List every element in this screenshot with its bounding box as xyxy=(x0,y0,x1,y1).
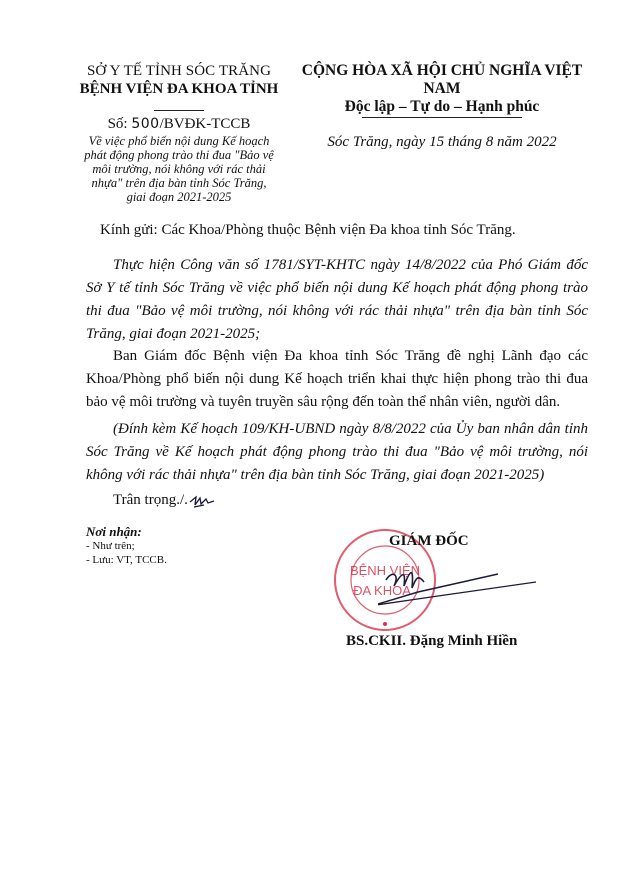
divider xyxy=(154,110,204,111)
agency-name: BỆNH VIỆN ĐA KHOA TỈNH xyxy=(60,80,298,98)
place-date: Sóc Trăng, ngày 15 tháng 8 năm 2022 xyxy=(282,134,602,151)
recipients-title: Nơi nhận: xyxy=(86,525,167,539)
handwritten-signature-icon xyxy=(378,552,538,612)
recipients-block: Nơi nhận: - Như trên; - Lưu: VT, TCCB. xyxy=(86,525,167,567)
document-subject: Về việc phổ biến nội dung Kế hoạch phát … xyxy=(60,134,298,204)
body-paragraph-3: (Đính kèm Kế hoạch 109/KH-UBND ngày 8/8/… xyxy=(86,418,588,487)
initials-scribble-icon xyxy=(188,494,216,508)
parent-agency: SỞ Y TẾ TỈNH SÓC TRĂNG xyxy=(60,62,298,80)
recipient-item: - Như trên; xyxy=(86,539,167,553)
document-number: Số: 500/BVĐK-TCCB xyxy=(60,115,298,133)
signer-name: BS.CKII. Đặng Minh Hiền xyxy=(346,633,517,650)
motto: Độc lập – Tự do – Hạnh phúc xyxy=(282,98,602,116)
national-header-block: CỘNG HÒA XÃ HỘI CHỦ NGHĨA VIỆT NAM Độc l… xyxy=(282,62,602,151)
recipient-item: - Lưu: VT, TCCB. xyxy=(86,553,167,567)
recipient-line: Kính gửi: Các Khoa/Phòng thuộc Bệnh viện… xyxy=(100,222,516,239)
handwritten-number: 500 xyxy=(131,116,159,132)
signer-position: GIÁM ĐỐC xyxy=(389,533,469,550)
national-title: CỘNG HÒA XÃ HỘI CHỦ NGHĨA VIỆT NAM xyxy=(282,62,602,98)
closing: Trân trọng./. xyxy=(113,492,216,509)
body-paragraph-1: Thực hiện Công văn số 1781/SYT-KHTC ngày… xyxy=(86,254,588,346)
issuing-agency-block: SỞ Y TẾ TỈNH SÓC TRĂNG BỆNH VIỆN ĐA KHOA… xyxy=(60,62,298,204)
divider xyxy=(362,117,522,118)
body-paragraph-2: Ban Giám đốc Bệnh viện Đa khoa tỉnh Sóc … xyxy=(86,345,588,414)
